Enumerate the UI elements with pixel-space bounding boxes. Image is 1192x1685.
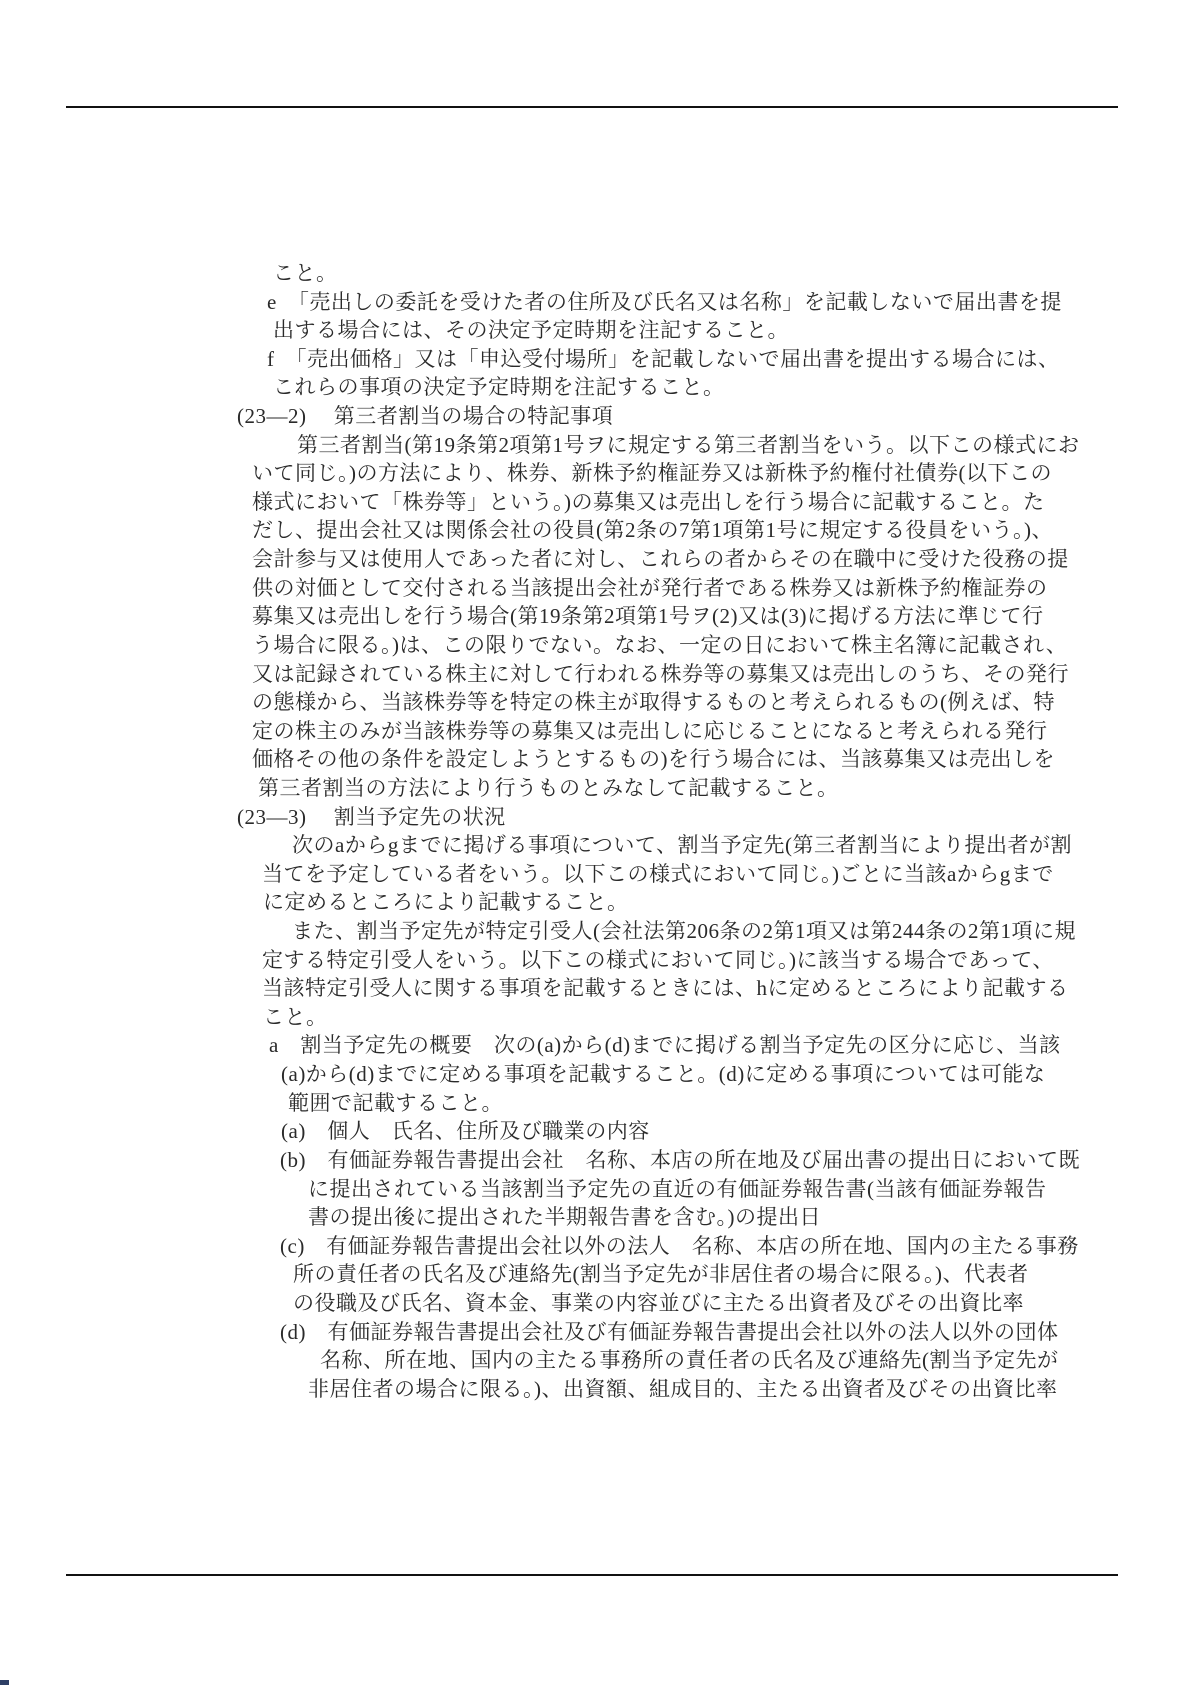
text-line: 又は記録されている株主に対して行われる株券等の募集又は売出しのうち、その発行 bbox=[0, 660, 1192, 689]
text-line: だし、提出会社又は関係会社の役員(第2条の7第1項第1号に規定する役員をいう。)… bbox=[0, 516, 1192, 545]
text-line: の役職及び氏名、資本金、事業の内容並びに主たる出資者及びその出資比率 bbox=[0, 1289, 1192, 1318]
text-line: 当てを予定している者をいう。以下この様式において同じ。)ごとに当該aからgまで bbox=[0, 860, 1192, 889]
text-line: e 「売出しの委託を受けた者の住所及び氏名又は名称」を記載しないで届出書を提 bbox=[0, 288, 1192, 317]
text-line: に定めるところにより記載すること。 bbox=[0, 888, 1192, 917]
text-line: こと。 bbox=[0, 1003, 1192, 1032]
text-line: いて同じ。)の方法により、株券、新株予約権証券又は新株予約権付社債券(以下この bbox=[0, 459, 1192, 488]
text-line: に提出されている当該割当予定先の直近の有価証券報告書(当該有価証券報告 bbox=[0, 1175, 1192, 1204]
text-line: a 割当予定先の概要 次の(a)から(d)までに掲げる割当予定先の区分に応じ、当… bbox=[0, 1031, 1192, 1060]
text-line: 出する場合には、その決定予定時期を注記すること。 bbox=[0, 316, 1192, 345]
text-line: 名称、所在地、国内の主たる事務所の責任者の氏名及び連絡先(割当予定先が bbox=[0, 1346, 1192, 1375]
text-line: 範囲で記載すること。 bbox=[0, 1089, 1192, 1118]
text-line: (d) 有価証券報告書提出会社及び有価証券報告書提出会社以外の法人以外の団体 bbox=[0, 1318, 1192, 1347]
document-page: こと。e 「売出しの委託を受けた者の住所及び氏名又は名称」を記載しないで届出書を… bbox=[0, 0, 1192, 1685]
text-line: これらの事項の決定予定時期を注記すること。 bbox=[0, 373, 1192, 402]
top-rule bbox=[66, 106, 1118, 108]
text-line: こと。 bbox=[0, 259, 1192, 288]
text-line: 価格その他の条件を設定しようとするもの)を行う場合には、当該募集又は売出しを bbox=[0, 745, 1192, 774]
scan-artifact bbox=[0, 1680, 9, 1685]
text-line: 第三者割当(第19条第2項第1号ヲに規定する第三者割当をいう。以下この様式にお bbox=[0, 431, 1192, 460]
document-body: こと。e 「売出しの委託を受けた者の住所及び氏名又は名称」を記載しないで届出書を… bbox=[0, 259, 1192, 1403]
text-line: また、割当予定先が特定引受人(会社法第206条の2第1項又は第244条の2第1項… bbox=[0, 917, 1192, 946]
text-line: (b) 有価証券報告書提出会社 名称、本店の所在地及び届出書の提出日において既 bbox=[0, 1146, 1192, 1175]
text-line: の態様から、当該株券等を特定の株主が取得するものと考えられるもの(例えば、特 bbox=[0, 688, 1192, 717]
bottom-rule bbox=[66, 1574, 1118, 1576]
text-line: 供の対価として交付される当該提出会社が発行者である株券又は新株予約権証券の bbox=[0, 574, 1192, 603]
text-line: (23—3) 割当予定先の状況 bbox=[0, 803, 1192, 832]
text-line: 当該特定引受人に関する事項を記載するときには、hに定めるところにより記載する bbox=[0, 974, 1192, 1003]
text-line: う場合に限る。)は、この限りでない。なお、一定の日において株主名簿に記載され、 bbox=[0, 631, 1192, 660]
text-line: 定の株主のみが当該株券等の募集又は売出しに応じることになると考えられる発行 bbox=[0, 717, 1192, 746]
text-line: 募集又は売出しを行う場合(第19条第2項第1号ヲ(2)又は(3)に掲げる方法に準… bbox=[0, 602, 1192, 631]
text-line: (a)から(d)までに定める事項を記載すること。(d)に定める事項については可能… bbox=[0, 1060, 1192, 1089]
text-line: 書の提出後に提出された半期報告書を含む。)の提出日 bbox=[0, 1203, 1192, 1232]
text-line: f 「売出価格」又は「申込受付場所」を記載しないで届出書を提出する場合には、 bbox=[0, 345, 1192, 374]
text-line: 定する特定引受人をいう。以下この様式において同じ。)に該当する場合であって、 bbox=[0, 946, 1192, 975]
text-line: 非居住者の場合に限る。)、出資額、組成目的、主たる出資者及びその出資比率 bbox=[0, 1375, 1192, 1404]
text-line: (a) 個人 氏名、住所及び職業の内容 bbox=[0, 1117, 1192, 1146]
text-line: 様式において「株券等」という。)の募集又は売出しを行う場合に記載すること。た bbox=[0, 488, 1192, 517]
text-line: 第三者割当の方法により行うものとみなして記載すること。 bbox=[0, 774, 1192, 803]
text-line: 次のaからgまでに掲げる事項について、割当予定先(第三者割当により提出者が割 bbox=[0, 831, 1192, 860]
text-line: (c) 有価証券報告書提出会社以外の法人 名称、本店の所在地、国内の主たる事務 bbox=[0, 1232, 1192, 1261]
text-line: 会計参与又は使用人であった者に対し、これらの者からその在職中に受けた役務の提 bbox=[0, 545, 1192, 574]
text-line: 所の責任者の氏名及び連絡先(割当予定先が非居住者の場合に限る。)、代表者 bbox=[0, 1260, 1192, 1289]
text-line: (23—2) 第三者割当の場合の特記事項 bbox=[0, 402, 1192, 431]
